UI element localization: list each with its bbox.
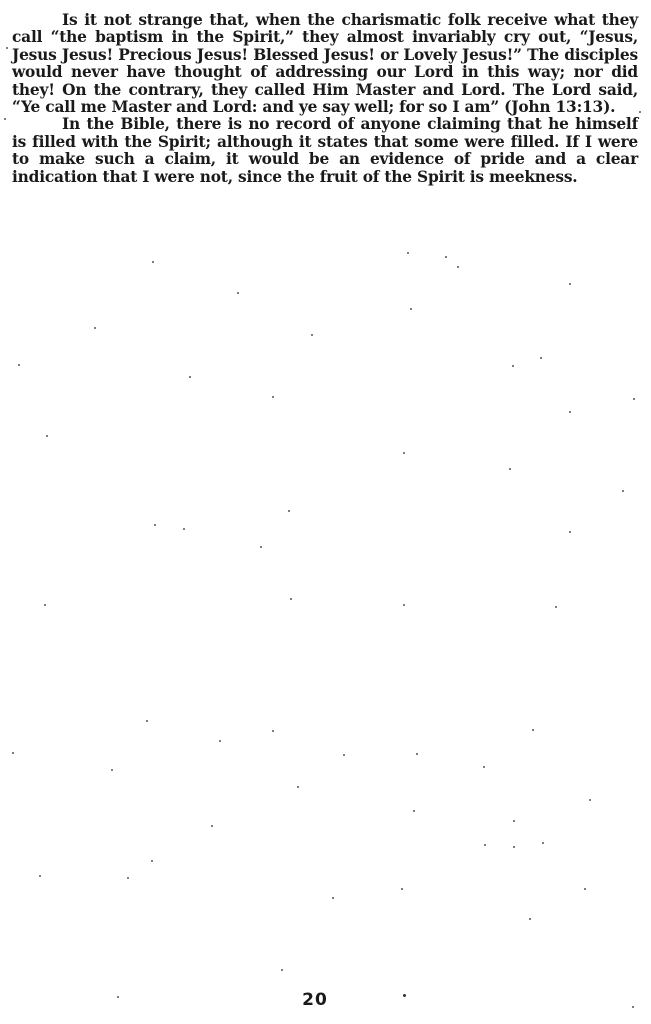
- scan-speck: [401, 888, 403, 890]
- scan-speck: [403, 994, 406, 997]
- scan-speck: [540, 357, 542, 359]
- scan-speck: [288, 510, 290, 512]
- scan-speck: [632, 1006, 634, 1008]
- scan-speck: [219, 740, 221, 742]
- scan-speck: [457, 266, 459, 268]
- scan-speck: [151, 860, 153, 862]
- scan-speck: [542, 842, 544, 844]
- scan-speck: [584, 888, 586, 890]
- scan-speck: [111, 769, 113, 771]
- scan-speck: [154, 524, 156, 526]
- scan-speck: [6, 47, 8, 49]
- scan-speck: [413, 810, 415, 812]
- scan-speck: [46, 435, 48, 437]
- scan-speck: [260, 546, 262, 548]
- scan-speck: [529, 918, 531, 920]
- scan-speck: [639, 111, 641, 113]
- scan-speck: [403, 604, 405, 606]
- scan-speck: [272, 396, 274, 398]
- scan-speck: [272, 730, 274, 732]
- scan-speck: [94, 327, 96, 329]
- document-body: Is it not strange that, when the charism…: [12, 12, 638, 186]
- scan-speck: [410, 308, 412, 310]
- scan-speck: [569, 531, 571, 533]
- page-number: 20: [0, 990, 630, 1010]
- scan-speck: [532, 729, 534, 731]
- paragraph-filled-with-spirit: In the Bible, there is no record of anyo…: [12, 116, 638, 186]
- scan-speck: [622, 490, 624, 492]
- scan-speck: [512, 365, 514, 367]
- scan-speck: [297, 786, 299, 788]
- scan-speck: [152, 261, 154, 263]
- scan-speck: [633, 398, 635, 400]
- scan-speck: [407, 252, 409, 254]
- scan-speck: [12, 752, 14, 754]
- scan-speck: [589, 799, 591, 801]
- scan-speck: [555, 606, 557, 608]
- scan-speck: [332, 897, 334, 899]
- scan-speck: [281, 969, 283, 971]
- scan-speck: [237, 292, 239, 294]
- scan-speck: [509, 468, 511, 470]
- scan-speck: [343, 754, 345, 756]
- scan-speck: [569, 283, 571, 285]
- scan-speck: [403, 452, 405, 454]
- scan-speck: [127, 877, 129, 879]
- scan-speck: [484, 844, 486, 846]
- scan-speck: [569, 411, 571, 413]
- scan-speck: [416, 753, 418, 755]
- scan-speck: [146, 720, 148, 722]
- scan-speck: [189, 376, 191, 378]
- scan-speck: [39, 875, 41, 877]
- paragraph-charismatic-baptism: Is it not strange that, when the charism…: [12, 12, 638, 116]
- scan-speck: [4, 118, 6, 120]
- scan-speck: [183, 528, 185, 530]
- scan-speck: [117, 996, 119, 998]
- scan-speck: [44, 604, 46, 606]
- scan-speck: [311, 334, 313, 336]
- scan-speck: [211, 825, 213, 827]
- scan-speck: [18, 364, 20, 366]
- scan-speck: [483, 766, 485, 768]
- scan-speck: [513, 846, 515, 848]
- scan-speck: [513, 820, 515, 822]
- scan-speck: [445, 256, 447, 258]
- scan-speck: [290, 598, 292, 600]
